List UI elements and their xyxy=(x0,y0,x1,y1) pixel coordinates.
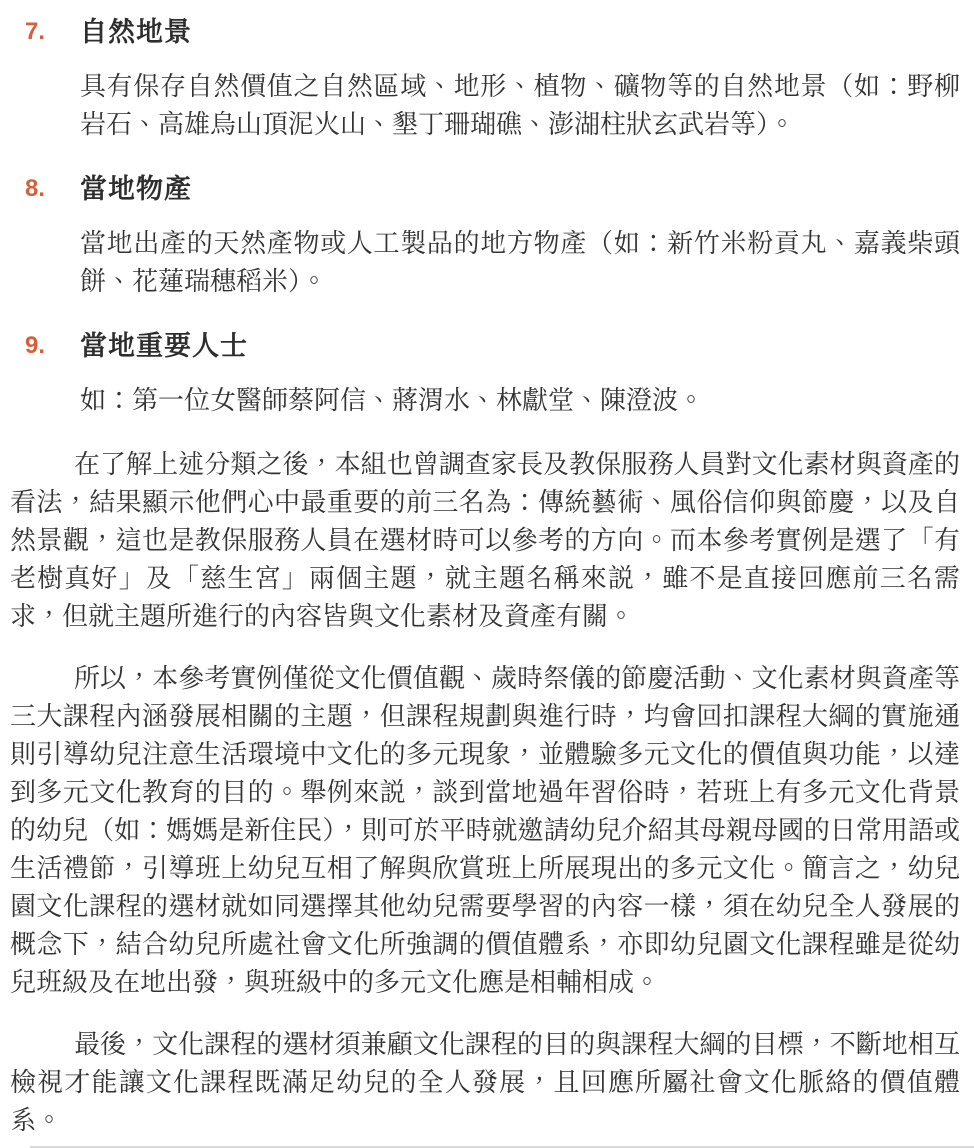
item-title: 當地物產 xyxy=(80,169,960,209)
document-page: 7. 自然地景 具有保存自然價值之自然區域、地形、植物、礦物等的自然地景（如：野… xyxy=(0,0,974,1148)
item-number: 9. xyxy=(10,326,80,419)
item-content: 當地物產 當地出產的天然產物或人工製品的地方物產（如：新竹米粉貢丸、嘉義柴頭餅、… xyxy=(80,169,960,300)
paragraph: 最後，文化課程的選材須兼顧文化課程的目的與課程大綱的目標，不斷地相互檢視才能讓文… xyxy=(10,1025,960,1139)
item-number: 8. xyxy=(10,169,80,300)
body-paragraphs: 在了解上述分類之後，本組也曾調查家長及教保服務人員對文化素材與資產的看法，結果顯… xyxy=(10,445,960,1139)
item-number: 7. xyxy=(10,12,80,143)
paragraph: 所以，本參考實例僅從文化價值觀、歲時祭儀的節慶活動、文化素材與資產等三大課程內涵… xyxy=(10,659,960,1001)
list-item-8: 8. 當地物產 當地出產的天然產物或人工製品的地方物產（如：新竹米粉貢丸、嘉義柴… xyxy=(10,169,960,300)
list-item-9: 9. 當地重要人士 如：第一位女醫師蔡阿信、蔣渭水、林獻堂、陳澄波。 xyxy=(10,326,960,419)
item-body: 如：第一位女醫師蔡阿信、蔣渭水、林獻堂、陳澄波。 xyxy=(80,381,960,419)
item-body: 當地出產的天然產物或人工製品的地方物產（如：新竹米粉貢丸、嘉義柴頭餅、花蓮瑞穗稻… xyxy=(80,224,960,300)
item-body: 具有保存自然價值之自然區域、地形、植物、礦物等的自然地景（如：野柳岩石、高雄烏山… xyxy=(80,67,960,143)
item-title: 自然地景 xyxy=(80,12,960,52)
paragraph: 在了解上述分類之後，本組也曾調查家長及教保服務人員對文化素材與資產的看法，結果顯… xyxy=(10,445,960,635)
numbered-list: 7. 自然地景 具有保存自然價值之自然區域、地形、植物、礦物等的自然地景（如：野… xyxy=(10,12,960,419)
list-item-7: 7. 自然地景 具有保存自然價值之自然區域、地形、植物、礦物等的自然地景（如：野… xyxy=(10,12,960,143)
item-content: 自然地景 具有保存自然價值之自然區域、地形、植物、礦物等的自然地景（如：野柳岩石… xyxy=(80,12,960,143)
item-content: 當地重要人士 如：第一位女醫師蔡阿信、蔣渭水、林獻堂、陳澄波。 xyxy=(80,326,960,419)
item-title: 當地重要人士 xyxy=(80,326,960,366)
